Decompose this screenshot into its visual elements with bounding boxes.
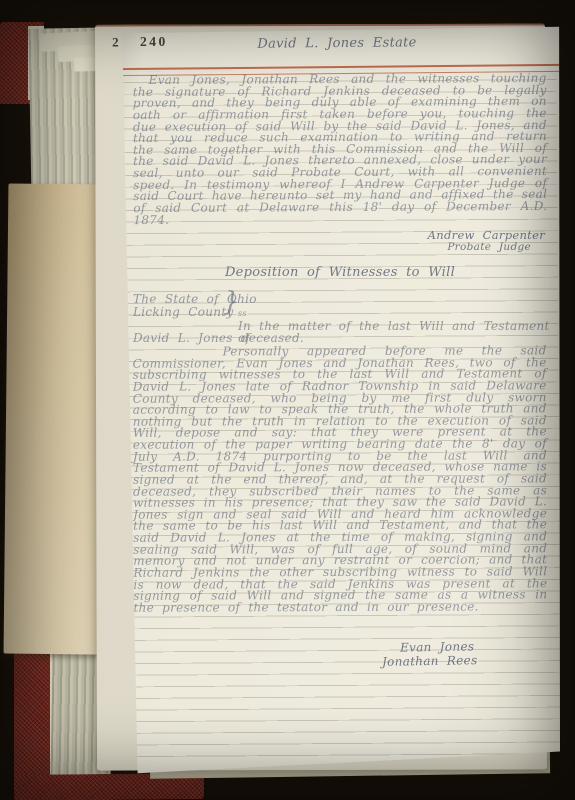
matter-caption-line2: David L. Jones deceased. (133, 333, 304, 345)
witness-signature-1: Evan Jones (400, 639, 474, 654)
deposition-heading: Deposition of Witnesses to Will (120, 265, 560, 280)
page-title: David L. Jones Estate (217, 35, 457, 52)
judge-signature: Andrew Carpenter (350, 229, 545, 241)
ledger-page: 240 David L. Jones Estate Evan Jones, Jo… (120, 26, 560, 774)
commission-return-text: Evan Jones, Jonathan Rees and the witnes… (133, 73, 548, 226)
judge-signature-title: Probate Judge (350, 241, 545, 253)
page-number: 240 (140, 34, 168, 50)
photo-background: 2 240 David L. Jones Estate Evan Jones, … (0, 0, 575, 800)
deposition-body: Personally appeared before me the said C… (133, 345, 548, 614)
judge-signature-block: Andrew Carpenter Probate Judge (350, 229, 545, 253)
witness-signature-2: Jonathan Rees (382, 653, 478, 669)
venue-county: Licking County (133, 306, 234, 318)
venue-ss-abbreviation: ss (238, 309, 247, 318)
adjacent-page-number: 2 (112, 35, 119, 51)
exposed-tan-page-edge (4, 184, 105, 655)
